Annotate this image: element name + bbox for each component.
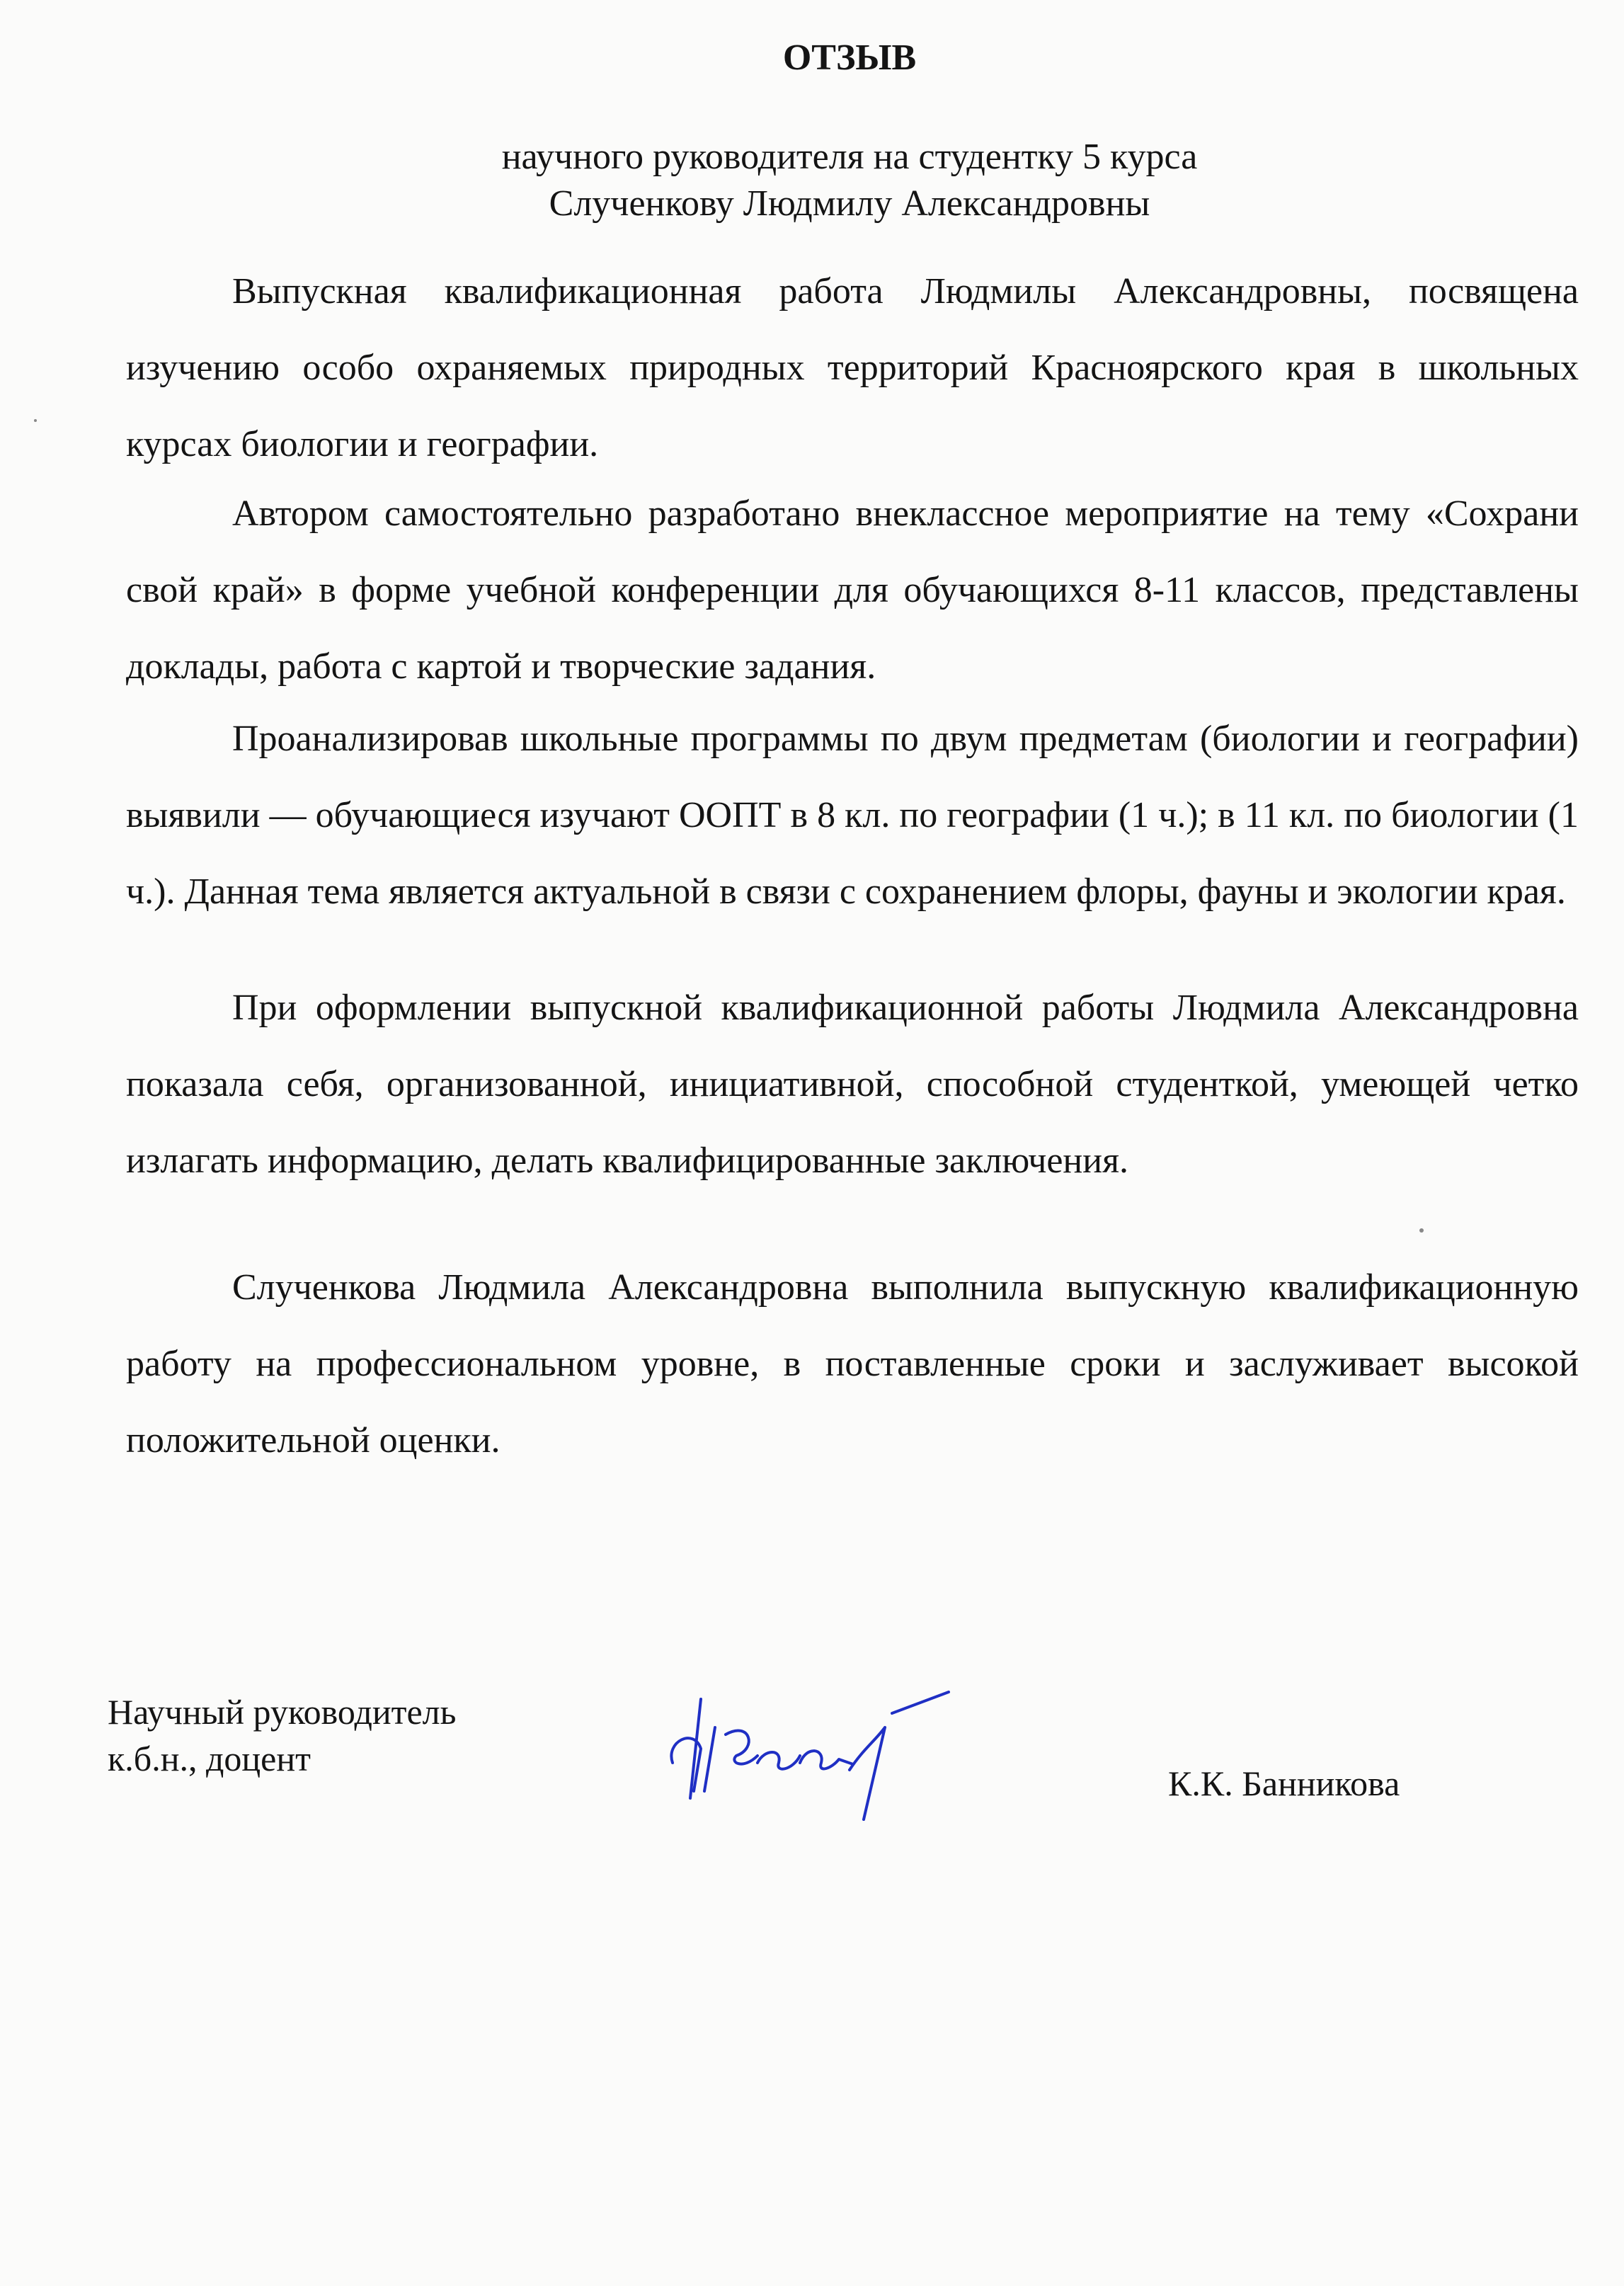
signer-role-line-1: Научный руководитель	[108, 1688, 456, 1735]
scan-speck	[34, 419, 37, 422]
document-page: ОТЗЫВ научного руководителя на студентку…	[0, 0, 1624, 2286]
document-title: ОТЗЫВ	[0, 37, 1624, 79]
paragraph-5: Слученкова Людмила Александровна выполни…	[126, 1250, 1579, 1479]
paragraph-1: Выпускная квалификационная работа Людмил…	[126, 253, 1579, 483]
signer-name: К.К. Банникова	[1168, 1763, 1400, 1804]
signer-role: Научный руководитель к.б.н., доцент	[108, 1688, 456, 1782]
paragraph-3: Проанализировав школьные программы по дв…	[126, 701, 1579, 930]
scan-speck	[1419, 1228, 1424, 1233]
subtitle-line-1: научного руководителя на студентку 5 кур…	[0, 135, 1624, 180]
paragraph-4: При оформлении выпускной квалификационно…	[126, 970, 1579, 1199]
signer-role-line-2: к.б.н., доцент	[108, 1735, 456, 1782]
subtitle-line-2: Слученкову Людмилу Александровны	[0, 181, 1624, 227]
handwritten-signature-icon	[651, 1685, 1048, 1827]
paragraph-2: Автором самостоятельно разработано внекл…	[126, 476, 1579, 705]
